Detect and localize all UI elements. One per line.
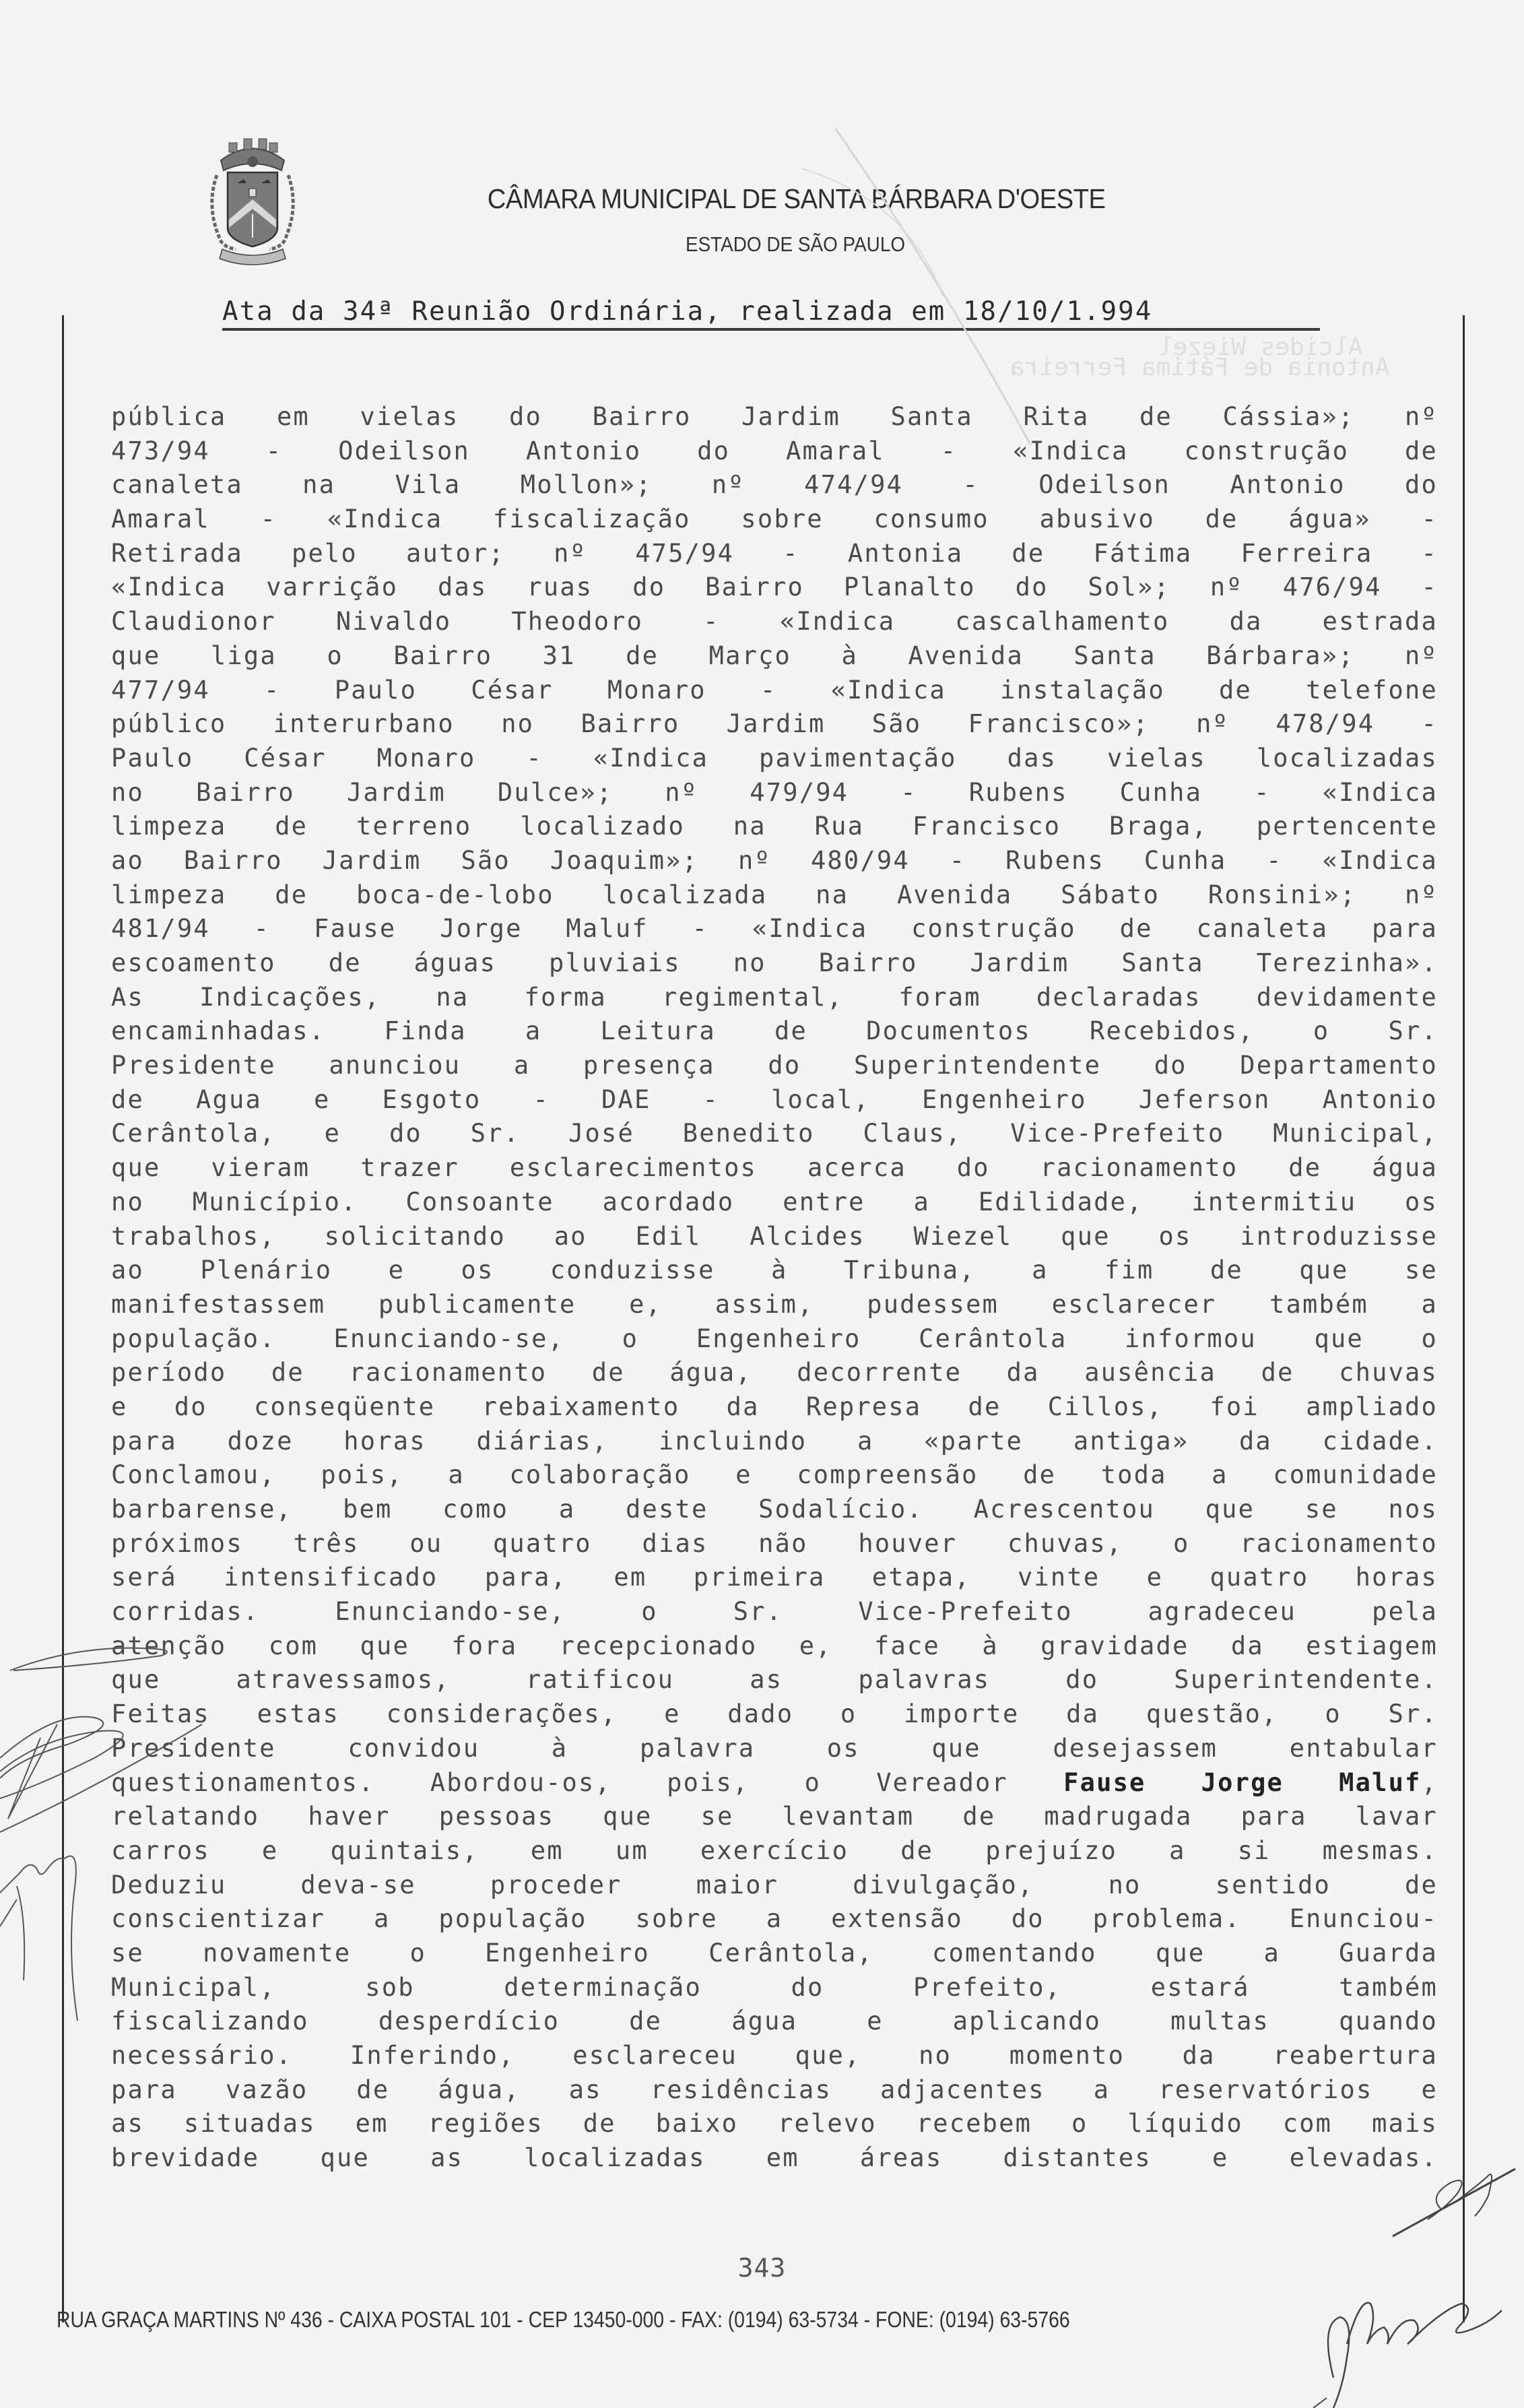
body-text-segment: que atravessamos, ratificou as palavras … <box>111 1665 1438 1694</box>
body-text-segment: Presidente convidou à palavra os que des… <box>111 1734 1438 1763</box>
body-text-segment: Claudionor Nivaldo Theodoro - «Indica ca… <box>111 607 1438 636</box>
body-text-segment: que vieram trazer esclarecimentos acerca… <box>111 1153 1438 1182</box>
body-text-segment: encaminhadas. Finda a Leitura de Documen… <box>111 1016 1438 1045</box>
minutes-body: pública em vielas do Bairro Jardim Santa… <box>111 400 1438 2176</box>
emphasized-name: Fause Jorge Maluf <box>1063 1768 1421 1797</box>
body-line: Cerântola, e do Sr. José Benedito Claus,… <box>111 1117 1438 1151</box>
body-text-segment: população. Enunciando-se, o Engenheiro C… <box>111 1324 1438 1353</box>
body-line: população. Enunciando-se, o Engenheiro C… <box>111 1322 1438 1357</box>
bleed-through-text-2: Antonia de Fátima Ferreira <box>1010 354 1390 381</box>
body-text-segment: Paulo César Monaro - «Indica pavimentaçã… <box>111 744 1438 773</box>
body-line: atenção com que fora recepcionado e, fac… <box>111 1629 1438 1664</box>
body-text-segment: as situadas em regiões de baixo relevo r… <box>111 2109 1438 2138</box>
body-text-segment: 477/94 - Paulo César Monaro - «Indica in… <box>111 676 1438 705</box>
body-text-segment: Presidente anunciou a presença do Superi… <box>111 1051 1438 1080</box>
footer-signature <box>1306 2270 1524 2408</box>
body-line: para vazão de água, as residências adjac… <box>111 2073 1438 2108</box>
body-text-segment: Deduziu deva-se proceder maior divulgaçã… <box>111 1870 1438 1899</box>
body-line: manifestassem publicamente e, assim, pud… <box>111 1288 1438 1322</box>
body-line: será intensificado para, em primeira eta… <box>111 1561 1438 1595</box>
body-line: Presidente convidou à palavra os que des… <box>111 1732 1438 1766</box>
body-text-segment: no Bairro Jardim Dulce»; nº 479/94 - Rub… <box>111 778 1438 807</box>
body-line: necessário. Inferindo, esclareceu que, n… <box>111 2039 1438 2073</box>
body-line: limpeza de terreno localizado na Rua Fra… <box>111 810 1438 844</box>
body-line: as situadas em regiões de baixo relevo r… <box>111 2107 1438 2141</box>
body-text-segment: atenção com que fora recepcionado e, fac… <box>111 1631 1438 1660</box>
body-text-segment: Amaral - «Indica fiscalização sobre cons… <box>111 505 1438 533</box>
body-line: que vieram trazer esclarecimentos acerca… <box>111 1151 1438 1185</box>
body-text-segment: ao Bairro Jardim São Joaquim»; nº 480/94… <box>111 846 1438 875</box>
body-text-segment: que liga o Bairro 31 de Março à Avenida … <box>111 641 1438 670</box>
body-text-segment: necessário. Inferindo, esclareceu que, n… <box>111 2041 1438 2070</box>
body-text-segment: público interurbano no Bairro Jardim São… <box>111 709 1438 738</box>
left-margin-rule <box>62 315 64 2322</box>
body-text-segment: escoamento de águas pluviais no Bairro J… <box>111 948 1438 977</box>
body-line: Municipal, sob determinação do Prefeito,… <box>111 1971 1438 2005</box>
body-text-segment: Municipal, sob determinação do Prefeito,… <box>111 1973 1438 2002</box>
body-line: ao Plenário e os conduzisse à Tribuna, a… <box>111 1254 1438 1288</box>
body-text-segment: , <box>1422 1768 1438 1797</box>
body-text-segment: período de racionamento de água, decorre… <box>111 1358 1438 1387</box>
body-line: carros e quintais, em um exercício de pr… <box>111 1834 1438 1868</box>
body-text-segment: no Município. Consoante acordado entre a… <box>111 1187 1438 1216</box>
body-line: ao Bairro Jardim São Joaquim»; nº 480/94… <box>111 844 1438 878</box>
body-line: conscientizar a população sobre a extens… <box>111 1902 1438 1937</box>
body-line: Conclamou, pois, a colaboração e compree… <box>111 1458 1438 1493</box>
body-line: Presidente anunciou a presença do Superi… <box>111 1049 1438 1083</box>
body-line: Claudionor Nivaldo Theodoro - «Indica ca… <box>111 605 1438 639</box>
right-margin-rule <box>1463 315 1465 2322</box>
body-line: questionamentos. Abordou-os, pois, o Ver… <box>111 1766 1438 1800</box>
body-text-segment: e do conseqüente rebaixamento da Represa… <box>111 1392 1438 1421</box>
body-text-segment: questionamentos. Abordou-os, pois, o Ver… <box>111 1768 1063 1797</box>
body-text-segment: canaleta na Vila Mollon»; nº 474/94 - Od… <box>111 470 1438 499</box>
footer-address: RUA GRAÇA MARTINS Nº 436 - CAIXA POSTAL … <box>57 2307 1319 2333</box>
body-line: público interurbano no Bairro Jardim São… <box>111 707 1438 742</box>
body-text-segment: Cerântola, e do Sr. José Benedito Claus,… <box>111 1119 1438 1148</box>
body-line: 481/94 - Fause Jorge Maluf - «Indica con… <box>111 912 1438 946</box>
body-line: período de racionamento de água, decorre… <box>111 1356 1438 1390</box>
document-title: Ata da 34ª Reunião Ordinária, realizada … <box>222 296 1320 331</box>
body-text-segment: para vazão de água, as residências adjac… <box>111 2075 1438 2104</box>
body-line: trabalhos, solicitando ao Edil Alcides W… <box>111 1220 1438 1254</box>
document-page: Alcides Wiezel Antonia de Fátima Ferreir… <box>0 0 1524 2408</box>
page-number: 343 <box>0 2253 1524 2283</box>
body-line: escoamento de águas pluviais no Bairro J… <box>111 946 1438 981</box>
body-line: barbarense, bem como a deste Sodalício. … <box>111 1493 1438 1527</box>
body-text-segment: barbarense, bem como a deste Sodalício. … <box>111 1495 1438 1524</box>
body-text-segment: se novamente o Engenheiro Cerântola, com… <box>111 1939 1438 1967</box>
body-line: 473/94 - Odeilson Antonio do Amaral - «I… <box>111 434 1438 469</box>
body-line: Retirada pelo autor; nº 475/94 - Antonia… <box>111 537 1438 571</box>
body-line: canaleta na Vila Mollon»; nº 474/94 - Od… <box>111 468 1438 502</box>
body-text-segment: trabalhos, solicitando ao Edil Alcides W… <box>111 1222 1438 1251</box>
body-text-segment: 481/94 - Fause Jorge Maluf - «Indica con… <box>111 914 1438 943</box>
body-text-segment: As Indicações, na forma regimental, fora… <box>111 983 1438 1012</box>
body-line: que atravessamos, ratificou as palavras … <box>111 1663 1438 1697</box>
body-text-segment: carros e quintais, em um exercício de pr… <box>111 1836 1438 1865</box>
body-line: «Indica varrição das ruas do Bairro Plan… <box>111 571 1438 605</box>
body-text-segment: limpeza de boca-de-lobo localizada na Av… <box>111 880 1438 909</box>
body-line: Feitas estas considerações, e dado o imp… <box>111 1697 1438 1732</box>
body-line: no Município. Consoante acordado entre a… <box>111 1185 1438 1220</box>
body-line: Paulo César Monaro - «Indica pavimentaçã… <box>111 742 1438 776</box>
body-text-segment: 473/94 - Odeilson Antonio do Amaral - «I… <box>111 436 1438 465</box>
body-text-segment: brevidade que as localizadas em áreas di… <box>111 2143 1438 2172</box>
body-text-segment: corridas. Enunciando-se, o Sr. Vice-Pref… <box>111 1597 1438 1626</box>
body-text-segment: de Agua e Esgoto - DAE - local, Engenhei… <box>111 1085 1438 1114</box>
body-text-segment: manifestassem publicamente e, assim, pud… <box>111 1290 1438 1319</box>
body-text-segment: ao Plenário e os conduzisse à Tribuna, a… <box>111 1256 1438 1284</box>
body-line: As Indicações, na forma regimental, fora… <box>111 981 1438 1015</box>
body-text-segment: pública em vielas do Bairro Jardim Santa… <box>111 402 1438 431</box>
body-line: relatando haver pessoas que se levantam … <box>111 1800 1438 1834</box>
body-line: Deduziu deva-se proceder maior divulgaçã… <box>111 1868 1438 1903</box>
institution-name: CÂMARA MUNICIPAL DE SANTA BÁRBARA D'OEST… <box>53 183 1471 215</box>
body-text-segment: para doze horas diárias, incluindo a «pa… <box>111 1427 1438 1456</box>
institution-state: ESTADO DE SÃO PAULO <box>76 232 1448 257</box>
body-line: Amaral - «Indica fiscalização sobre cons… <box>111 502 1438 537</box>
body-text-segment: «Indica varrição das ruas do Bairro Plan… <box>111 573 1438 601</box>
body-line: de Agua e Esgoto - DAE - local, Engenhei… <box>111 1083 1438 1117</box>
body-text-segment: Conclamou, pois, a colaboração e compree… <box>111 1460 1438 1489</box>
body-line: 477/94 - Paulo César Monaro - «Indica in… <box>111 674 1438 708</box>
body-line: para doze horas diárias, incluindo a «pa… <box>111 1425 1438 1459</box>
body-line: limpeza de boca-de-lobo localizada na Av… <box>111 878 1438 913</box>
body-text-segment: limpeza de terreno localizado na Rua Fra… <box>111 812 1438 841</box>
body-line: no Bairro Jardim Dulce»; nº 479/94 - Rub… <box>111 776 1438 810</box>
body-line: e do conseqüente rebaixamento da Represa… <box>111 1390 1438 1425</box>
body-text-segment: conscientizar a população sobre a extens… <box>111 1904 1438 1933</box>
body-text-segment: relatando haver pessoas que se levantam … <box>111 1802 1438 1831</box>
body-text-segment: será intensificado para, em primeira eta… <box>111 1563 1438 1592</box>
body-line: pública em vielas do Bairro Jardim Santa… <box>111 400 1438 434</box>
body-text-segment: Retirada pelo autor; nº 475/94 - Antonia… <box>111 539 1438 568</box>
body-line: próximos três ou quatro dias não houver … <box>111 1527 1438 1561</box>
body-line: que liga o Bairro 31 de Março à Avenida … <box>111 639 1438 674</box>
body-text-segment: Feitas estas considerações, e dado o imp… <box>111 1699 1438 1728</box>
body-line: encaminhadas. Finda a Leitura de Documen… <box>111 1014 1438 1049</box>
body-line: fiscalizando desperdício de água e aplic… <box>111 2005 1438 2039</box>
body-line: corridas. Enunciando-se, o Sr. Vice-Pref… <box>111 1595 1438 1629</box>
body-text-segment: próximos três ou quatro dias não houver … <box>111 1529 1438 1558</box>
body-text-segment: fiscalizando desperdício de água e aplic… <box>111 2007 1438 2036</box>
body-line: se novamente o Engenheiro Cerântola, com… <box>111 1937 1438 1971</box>
body-line: brevidade que as localizadas em áreas di… <box>111 2141 1438 2176</box>
